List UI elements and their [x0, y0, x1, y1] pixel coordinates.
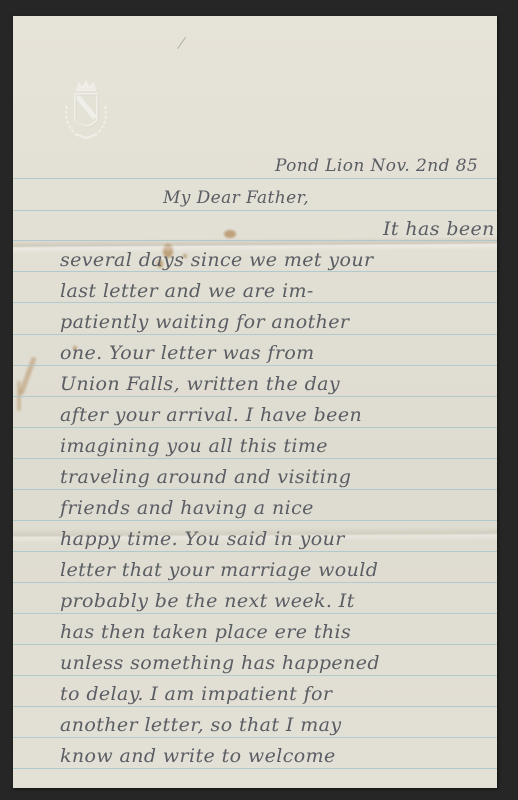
letter-line: patiently waiting for another [60, 311, 349, 333]
ruled-line [13, 582, 497, 583]
ruled-line [13, 520, 497, 521]
ruled-line [13, 644, 497, 645]
letter-line: know and write to welcome [60, 745, 336, 767]
letter-line: It has been [383, 218, 495, 240]
ruled-line [13, 178, 497, 179]
letter-line: letter that your marriage would [60, 559, 378, 581]
ruled-line [13, 768, 497, 769]
letter-line: has then taken place ere this [60, 621, 351, 643]
letter-line: imagining you all this time [60, 435, 328, 457]
letter-page: Pond Lion Nov. 2nd 85 My Dear Father, It… [13, 16, 497, 788]
letter-line: Union Falls, written the day [60, 373, 340, 395]
ruled-line [13, 675, 497, 676]
ruled-line [13, 396, 497, 397]
ruled-line [13, 427, 497, 428]
ruled-line [13, 613, 497, 614]
embossed-crest-icon [57, 76, 115, 146]
ruled-line [13, 551, 497, 552]
place-date: Pond Lion Nov. 2nd 85 [275, 156, 478, 176]
salutation: My Dear Father, [163, 188, 309, 208]
ruled-line [13, 706, 497, 707]
letter-line: friends and having a nice [60, 497, 314, 519]
ruled-line [13, 240, 497, 241]
ruled-line [13, 302, 497, 303]
letter-line: traveling around and visiting [60, 466, 351, 488]
ruled-line [13, 737, 497, 738]
letter-line: last letter and we are im- [60, 280, 314, 302]
letter-line: several days since we met your [60, 249, 373, 271]
letter-line: one. Your letter was from [60, 342, 315, 364]
letter-line: probably be the next week. It [60, 590, 355, 612]
ruled-line [13, 458, 497, 459]
ruled-line [13, 489, 497, 490]
letter-line: happy time. You said in your [60, 528, 345, 550]
ruled-line [13, 210, 497, 211]
pencil-mark [177, 37, 186, 49]
stain [18, 356, 36, 395]
stain [224, 230, 236, 238]
ruled-line [13, 271, 497, 272]
letter-line: after your arrival. I have been [60, 404, 362, 426]
letter-line: to delay. I am impatient for [60, 683, 332, 705]
ruled-line [13, 334, 497, 335]
letter-line: unless something has happened [60, 652, 380, 674]
ruled-line [13, 365, 497, 366]
letter-line: another letter, so that I may [60, 714, 341, 736]
